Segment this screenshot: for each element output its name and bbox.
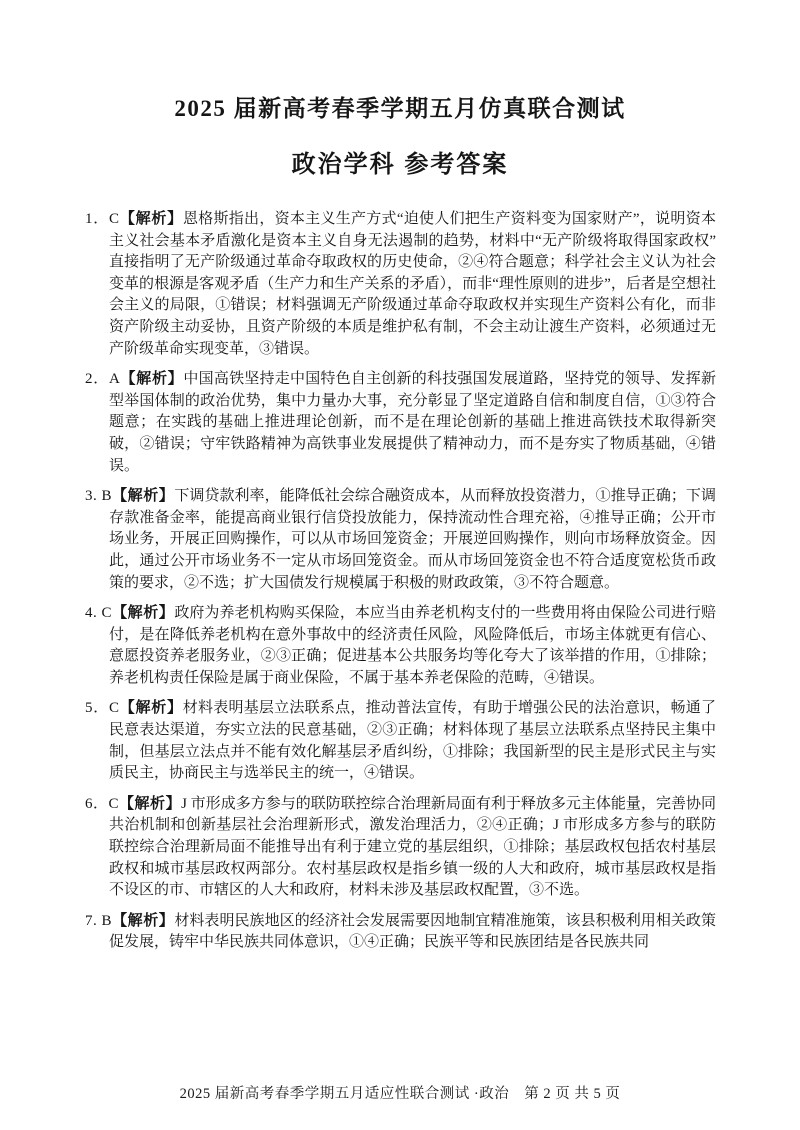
analysis-label: 【解析】 xyxy=(119,795,181,812)
answer-number: 3. B xyxy=(85,488,112,504)
page-title: 2025 届新高考春季学期五月仿真联合测试 xyxy=(0,0,800,123)
analysis-label: 【解析】 xyxy=(120,370,183,387)
answer-number: 1．C xyxy=(85,211,120,227)
answer-item: 2．A【解析】中国高铁坚持走中国特色自主创新的科技强国发展道路，坚持党的领导、发… xyxy=(85,368,716,477)
analysis-text: 政府为养老机构购买保险，本应当由养老机构支付的一些费用将由保险公司进行赔付，是在… xyxy=(109,605,716,686)
analysis-label: 【解析】 xyxy=(120,210,183,227)
analysis-text: 下调贷款利率，能降低社会综合融资成本，从而释放投资潜力，①推导正确；下调存款准备… xyxy=(109,488,716,590)
analysis-label: 【解析】 xyxy=(112,912,174,929)
answer-number: 4. C xyxy=(85,605,112,621)
answer-item: 5．C【解析】材料表明基层立法联系点，推动普法宣传，有助于增强公民的法治意识，畅… xyxy=(85,697,716,784)
answer-item: 1．C【解析】恩格斯指出，资本主义生产方式“迫使人们把生产资料变为国家财产”，说… xyxy=(85,208,716,360)
answer-item: 7. B【解析】材料表明民族地区的经济社会发展需要因地制宜精准施策，该县积极利用… xyxy=(85,910,716,954)
analysis-text: 材料表明民族地区的经济社会发展需要因地制宜精准施策，该县积极利用相关政策促发展，… xyxy=(109,913,716,951)
analysis-text: 恩格斯指出，资本主义生产方式“迫使人们把生产资料变为国家财产”，说明资本主义社会… xyxy=(109,211,716,357)
analysis-text: J 市形成多方参与的联防联控综合治理新局面有利于释放多元主体能量，完善协同共治机… xyxy=(109,796,716,898)
answer-item: 6．C【解析】J 市形成多方参与的联防联控综合治理新局面有利于释放多元主体能量，… xyxy=(85,793,716,902)
answer-number: 7. B xyxy=(85,913,112,929)
analysis-label: 【解析】 xyxy=(112,604,174,621)
analysis-label: 【解析】 xyxy=(120,699,183,716)
analysis-label: 【解析】 xyxy=(112,487,174,504)
analysis-text: 材料表明基层立法联系点，推动普法宣传，有助于增强公民的法治意识，畅通了民意表达渠… xyxy=(109,700,716,781)
answers-section: 1．C【解析】恩格斯指出，资本主义生产方式“迫使人们把生产资料变为国家财产”，说… xyxy=(85,208,716,954)
answer-number: 6．C xyxy=(85,796,119,812)
answer-number: 5．C xyxy=(85,700,120,716)
answer-number: 2．A xyxy=(85,371,120,387)
page-subtitle: 政治学科 参考答案 xyxy=(0,144,800,179)
page-footer: 2025 届新高考春季学期五月适应性联合测试 ·政治 第 2 页 共 5 页 xyxy=(0,1082,800,1103)
analysis-text: 中国高铁坚持走中国特色自主创新的科技强国发展道路，坚持党的领导、发挥新型举国体制… xyxy=(109,371,716,473)
document-page: 2025 届新高考春季学期五月仿真联合测试 政治学科 参考答案 1．C【解析】恩… xyxy=(0,0,800,1130)
answer-item: 3. B【解析】下调贷款利率，能降低社会综合融资成本，从而释放投资潜力，①推导正… xyxy=(85,485,716,594)
answer-item: 4. C【解析】政府为养老机构购买保险，本应当由养老机构支付的一些费用将由保险公… xyxy=(85,602,716,689)
